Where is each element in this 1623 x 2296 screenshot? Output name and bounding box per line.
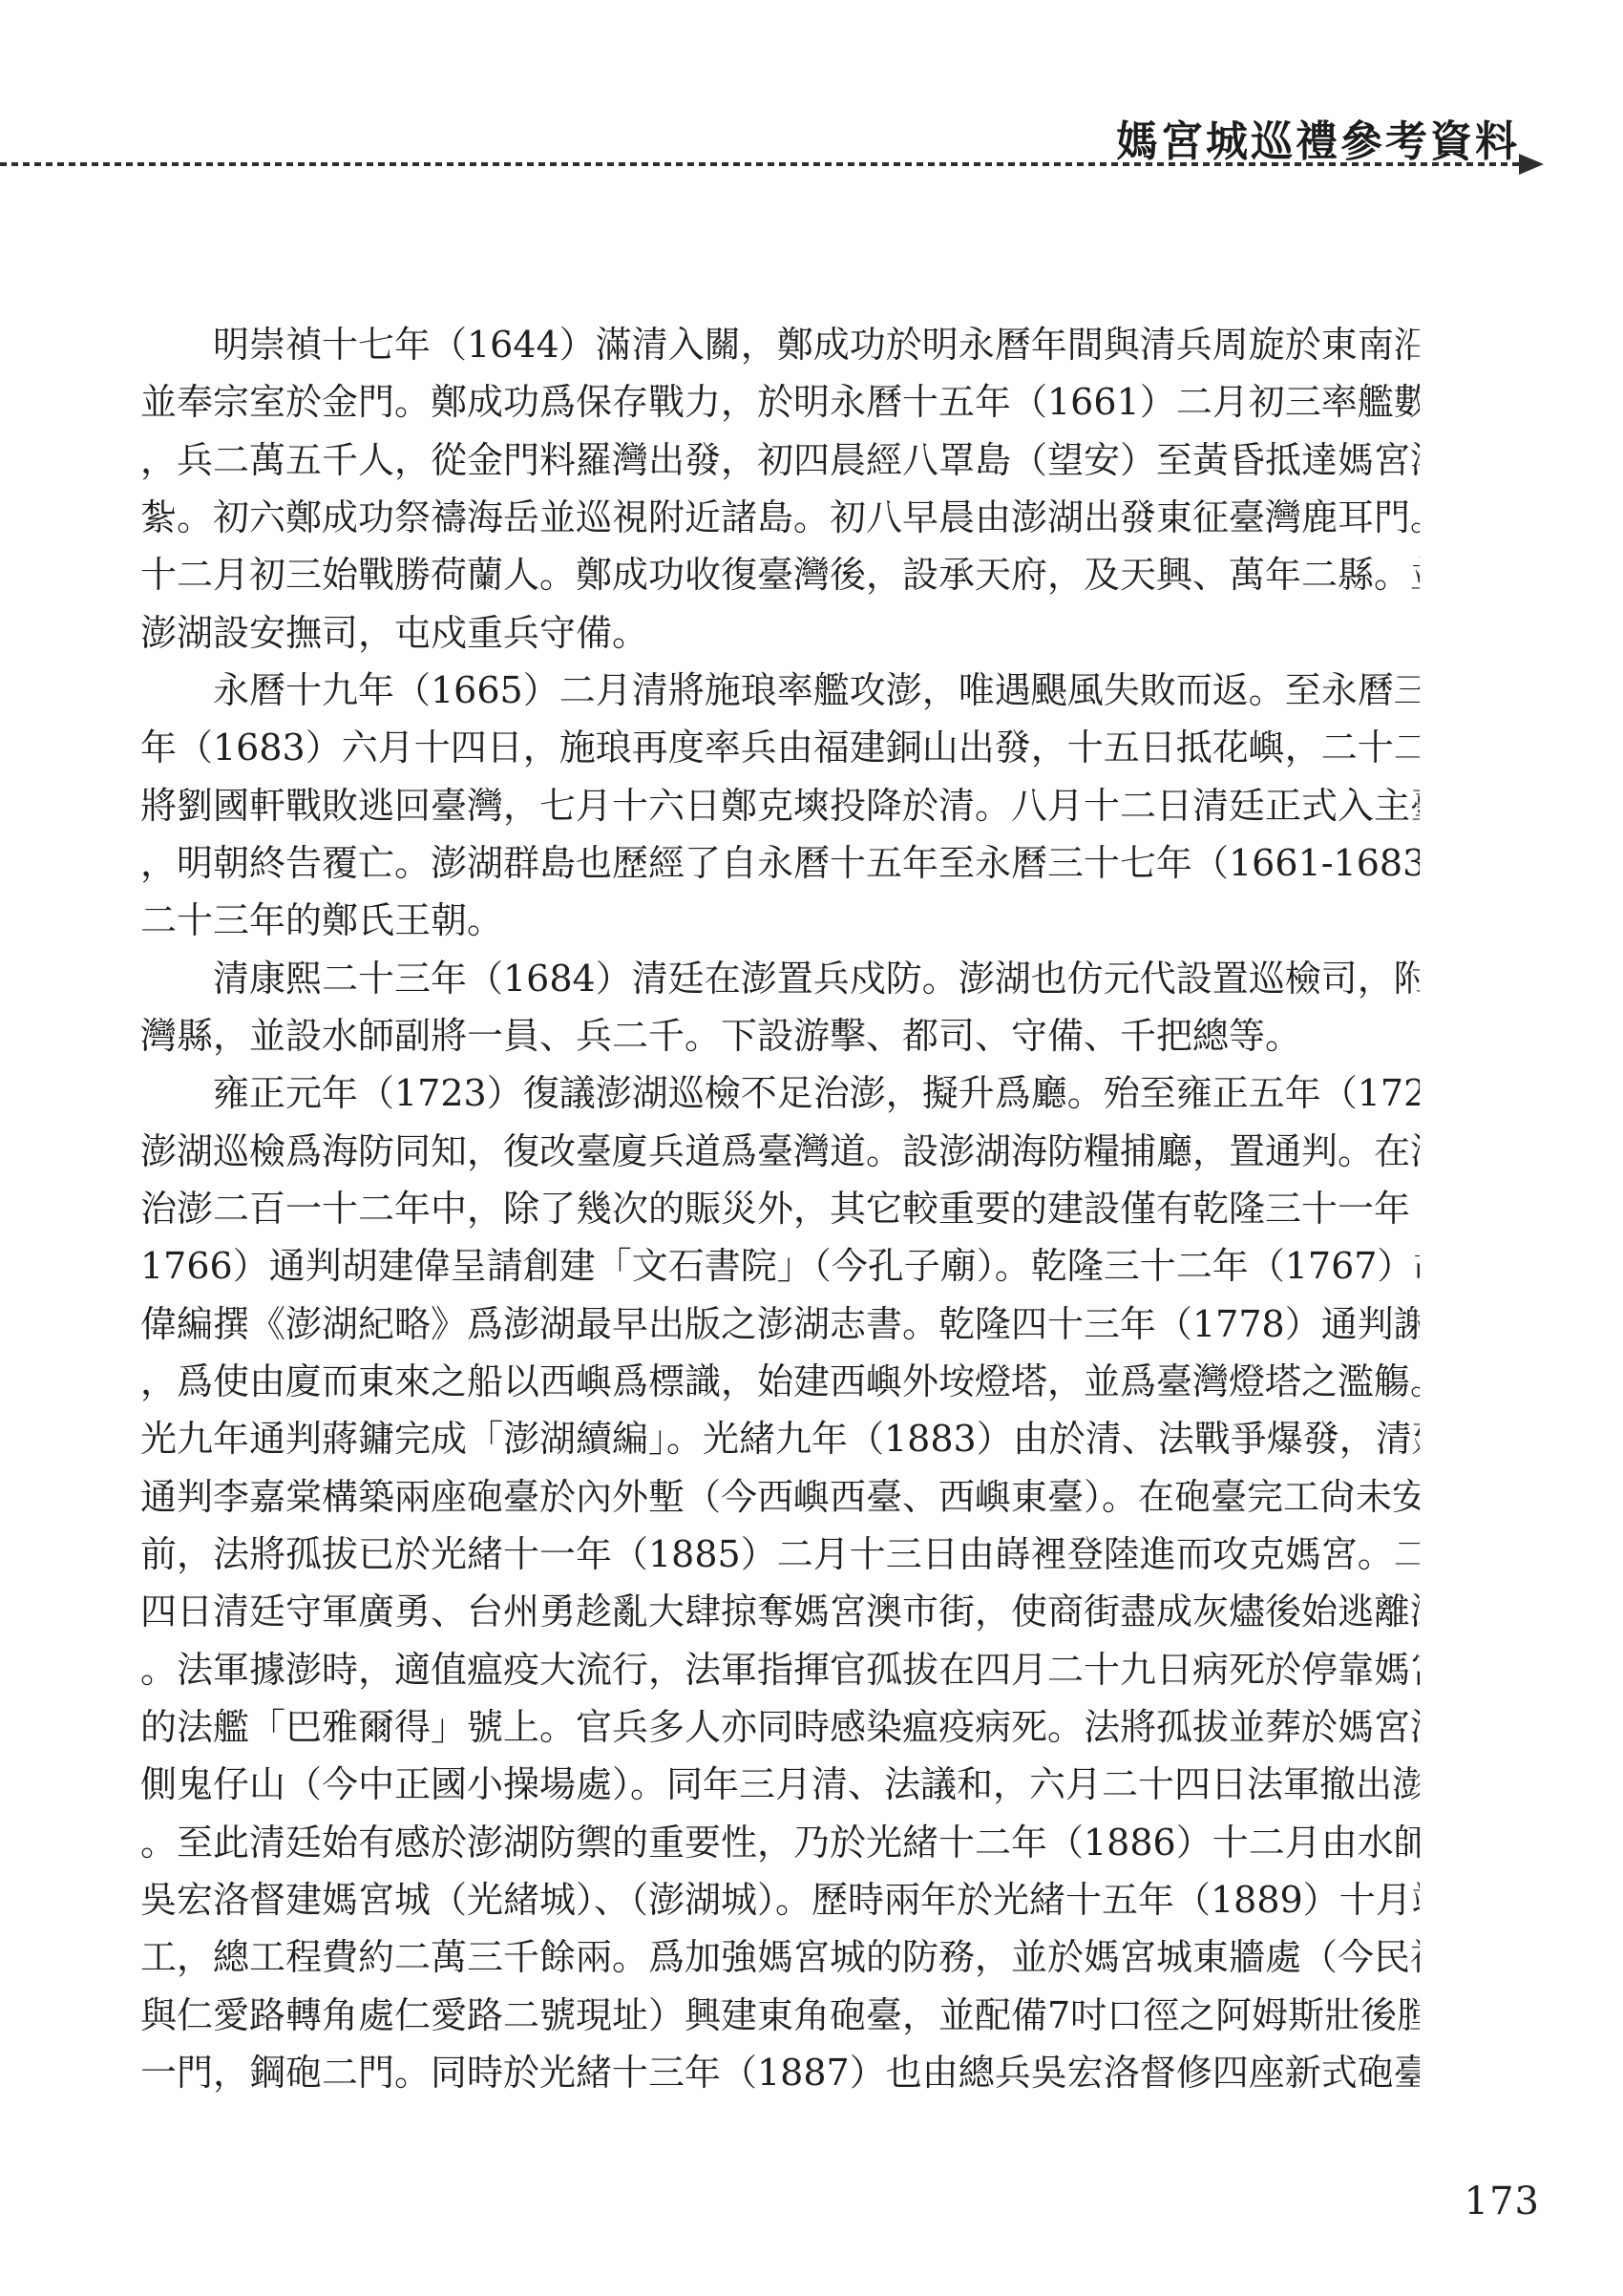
text-line: ，明朝終告覆亡。澎湖群島也歷經了自永曆十五年至永曆三十七年（1661-1683）… [140,834,1420,892]
text-line: 十二月初三始戰勝荷蘭人。鄭成功收復臺灣後，設承天府，及天興、萬年二縣。並在 [140,546,1420,603]
text-line: 1766）通判胡建偉呈請創建「文石書院」（今孔子廟）。乾隆三十二年（1767）胡… [140,1237,1420,1295]
text-line: 澎湖巡檢爲海防同知，復改臺廈兵道爲臺灣道。設澎湖海防糧捕廳，置通判。在清廷 [140,1123,1420,1180]
text-line: 側鬼仔山（今中正國小操場處）。同年三月清、法議和，六月二十四日法軍撤出澎湖 [140,1756,1420,1813]
text-line: 灣縣，並設水師副將一員、兵二千。下設游擊、都司、守備、千把總等。 [140,1007,1420,1064]
body-text: 明崇禎十七年（1644）滿清入關，鄭成功於明永曆年間與清兵周旋於東南沿海，並奉宗… [140,316,1420,2101]
text-line: 前，法將孤拔已於光緒十一年（1885）二月十三日由嵵裡登陸進而攻克媽宮。二月十 [140,1526,1420,1583]
text-line: 澎湖設安撫司，屯戍重兵守備。 [140,604,1420,662]
text-line: 的法艦「巴雅爾得」號上。官兵多人亦同時感染瘟疫病死。法將孤拔並葬於媽宮澳北 [140,1698,1420,1756]
text-line: 通判李嘉棠構築兩座砲臺於內外塹（今西嶼西臺、西嶼東臺）。在砲臺完工尙未安砲 [140,1468,1420,1526]
page-number: 173 [1465,2180,1540,2223]
text-line: 偉編撰《澎湖紀略》爲澎湖最早出版之澎湖志書。乾隆四十三年（1778）通判謝維祺 [140,1295,1420,1353]
text-line: 紮。初六鄭成功祭禱海岳並巡視附近諸島。初八早晨由澎湖出發東征臺灣鹿耳門。至 [140,489,1420,546]
text-line: 年（1683）六月十四日，施琅再度率兵由福建銅山出發，十五日抵花嶼，二十二日明 [140,719,1420,776]
text-line: 四日清廷守軍廣勇、台州勇趁亂大肆掠奪媽宮澳市街，使商街盡成灰燼後始逃離澎湖 [140,1583,1420,1640]
header-dashed-rule [0,162,1522,166]
page-header-title: 媽宮城巡禮參考資料 [1116,107,1520,168]
text-line: 永曆十九年（1665）二月清將施琅率艦攻澎，唯遇颶風失敗而返。至永曆三十七 [140,662,1420,719]
text-line: 一門，鋼砲二門。同時於光緒十三年（1887）也由總兵吳宏洛督修四座新式砲臺，大 [140,2044,1420,2101]
text-line: ，兵二萬五千人，從金門料羅灣出發，初四晨經八罩島（望安）至黃昏抵達媽宮港駐 [140,432,1420,489]
text-line: 二十三年的鄭氏王朝。 [140,892,1420,949]
text-line: 工，總工程費約二萬三千餘兩。爲加強媽宮城的防務，並於媽宮城東牆處（今民福路 [140,1928,1420,1986]
arrow-right-icon [1519,154,1544,175]
text-line: 治澎二百一十二年中，除了幾次的賑災外，其它較重要的建設僅有乾隆三十一年（ [140,1180,1420,1237]
text-line: ，爲使由廈而東來之船以西嶼爲標識，始建西嶼外垵燈塔，並爲臺灣燈塔之濫觴。道 [140,1353,1420,1410]
text-line: 並奉宗室於金門。鄭成功爲保存戰力，於明永曆十五年（1661）二月初三率艦數百艘 [140,373,1420,431]
text-line: 吳宏洛督建媽宮城（光緒城）、（澎湖城）。歷時兩年於光緒十五年（1889）十月竣 [140,1871,1420,1928]
text-line: 雍正元年（1723）復議澎湖巡檢不足治澎，擬升爲廳。殆至雍正五年（1727）升 [140,1064,1420,1122]
text-line: 。法軍據澎時，適值瘟疫大流行，法軍指揮官孤拔在四月二十九日病死於停靠媽宮港 [140,1641,1420,1698]
text-line: 光九年通判蔣鏞完成「澎湖續編」。光緒九年（1883）由於清、法戰爭爆發，清廷令 [140,1410,1420,1467]
text-line: 。至此清廷始有感於澎湖防禦的重要性，乃於光緒十二年（1886）十二月由水師總兵 [140,1814,1420,1871]
text-line: 明崇禎十七年（1644）滿清入關，鄭成功於明永曆年間與清兵周旋於東南沿海， [140,316,1420,373]
text-line: 與仁愛路轉角處仁愛路二號現址）興建東角砲臺，並配備7吋口徑之阿姆斯壯後膛砲 [140,1987,1420,2044]
text-line: 清康熙二十三年（1684）清廷在澎置兵戍防。澎湖也仿元代設置巡檢司，附屬臺 [140,950,1420,1007]
text-line: 將劉國軒戰敗逃回臺灣，七月十六日鄭克塽投降於清。八月十二日清廷正式入主臺灣 [140,777,1420,834]
book-page: 媽宮城巡禮參考資料 明崇禎十七年（1644）滿清入關，鄭成功於明永曆年間與清兵周… [0,0,1623,2296]
